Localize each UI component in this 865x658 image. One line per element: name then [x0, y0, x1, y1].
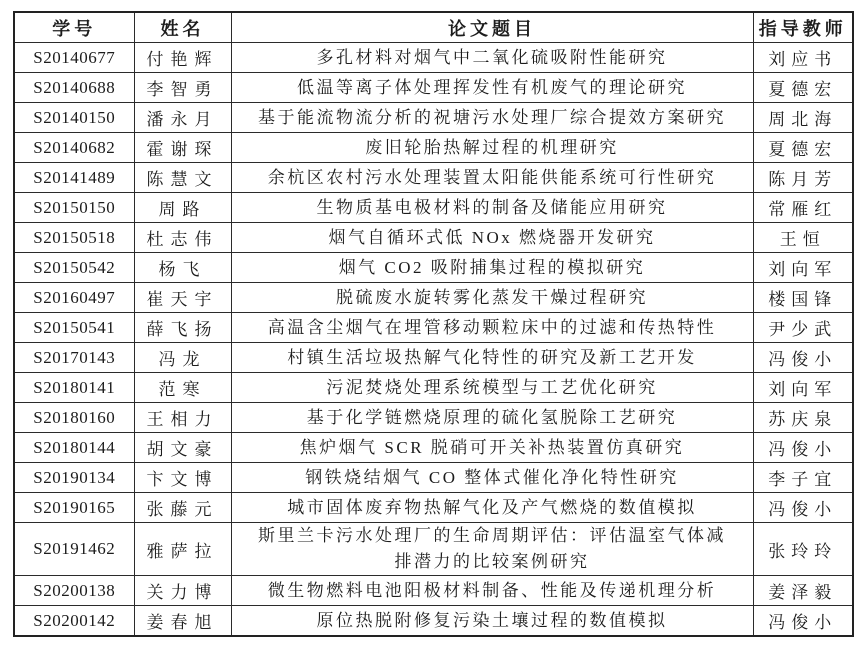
advisor-cell: 常雁红	[753, 193, 853, 223]
title-cell: 基于能流物流分析的祝塘污水处理厂综合提效方案研究	[231, 103, 753, 133]
advisor-cell: 苏庆泉	[753, 403, 853, 433]
table-row: S20150518杜志伟烟气自循环式低 NOx 燃烧器开发研究王恒	[14, 223, 853, 253]
header-row: 学号姓名论文题目指导教师	[14, 12, 853, 43]
name-cell: 范寒	[134, 373, 231, 403]
title-cell: 原位热脱附修复污染土壤过程的数值模拟	[231, 606, 753, 637]
column-header-advisor: 指导教师	[753, 12, 853, 43]
document-page: 学号姓名论文题目指导教师 S20140677付艳辉多孔材料对烟气中二氧化硫吸附性…	[0, 0, 865, 658]
title-cell: 烟气 CO2 吸附捕集过程的模拟研究	[231, 253, 753, 283]
name-cell: 杜志伟	[134, 223, 231, 253]
name-cell: 薛飞扬	[134, 313, 231, 343]
advisor-cell: 夏德宏	[753, 133, 853, 163]
table-row: S20170143冯龙村镇生活垃圾热解气化特性的研究及新工艺开发冯俊小	[14, 343, 853, 373]
student-id-cell: S20140688	[14, 73, 134, 103]
student-id-cell: S20140682	[14, 133, 134, 163]
name-cell: 雅萨拉	[134, 523, 231, 576]
table-row: S20160497崔天宇脱硫废水旋转雾化蒸发干燥过程研究楼国锋	[14, 283, 853, 313]
table-row: S20140682霍谢琛废旧轮胎热解过程的机理研究夏德宏	[14, 133, 853, 163]
table-row: S20180160王相力基于化学链燃烧原理的硫化氢脱除工艺研究苏庆泉	[14, 403, 853, 433]
student-id-cell: S20180160	[14, 403, 134, 433]
title-cell: 焦炉烟气 SCR 脱硝可开关补热装置仿真研究	[231, 433, 753, 463]
advisor-cell: 冯俊小	[753, 493, 853, 523]
table-row: S20190134卞文博钢铁烧结烟气 CO 整体式催化净化特性研究李子宜	[14, 463, 853, 493]
student-id-cell: S20200142	[14, 606, 134, 637]
title-cell: 村镇生活垃圾热解气化特性的研究及新工艺开发	[231, 343, 753, 373]
advisor-cell: 刘应书	[753, 43, 853, 73]
table-row: S20200138关力博微生物燃料电池阳极材料制备、性能及传递机理分析姜泽毅	[14, 576, 853, 606]
title-cell: 钢铁烧结烟气 CO 整体式催化净化特性研究	[231, 463, 753, 493]
advisor-cell: 冯俊小	[753, 343, 853, 373]
table-row: S20140150潘永月基于能流物流分析的祝塘污水处理厂综合提效方案研究周北海	[14, 103, 853, 133]
advisor-cell: 刘向军	[753, 253, 853, 283]
advisor-cell: 周北海	[753, 103, 853, 133]
student-id-cell: S20141489	[14, 163, 134, 193]
name-cell: 冯龙	[134, 343, 231, 373]
student-id-cell: S20140150	[14, 103, 134, 133]
name-cell: 卞文博	[134, 463, 231, 493]
student-id-cell: S20150518	[14, 223, 134, 253]
student-id-cell: S20150150	[14, 193, 134, 223]
title-cell: 烟气自循环式低 NOx 燃烧器开发研究	[231, 223, 753, 253]
table-row: S20150541薛飞扬高温含尘烟气在埋管移动颗粒床中的过滤和传热特性尹少武	[14, 313, 853, 343]
table-row: S20190165张藤元城市固体废弃物热解气化及产气燃烧的数值模拟冯俊小	[14, 493, 853, 523]
student-id-cell: S20191462	[14, 523, 134, 576]
thesis-list-table: 学号姓名论文题目指导教师 S20140677付艳辉多孔材料对烟气中二氧化硫吸附性…	[13, 11, 854, 637]
column-header-title: 论文题目	[231, 12, 753, 43]
title-cell: 多孔材料对烟气中二氧化硫吸附性能研究	[231, 43, 753, 73]
name-cell: 杨飞	[134, 253, 231, 283]
title-cell: 斯里兰卡污水处理厂的生命周期评估：评估温室气体减 排潜力的比较案例研究	[231, 523, 753, 576]
name-cell: 霍谢琛	[134, 133, 231, 163]
advisor-cell: 姜泽毅	[753, 576, 853, 606]
name-cell: 崔天宇	[134, 283, 231, 313]
table-body: S20140677付艳辉多孔材料对烟气中二氧化硫吸附性能研究刘应书S201406…	[14, 43, 853, 637]
table-row: S20140677付艳辉多孔材料对烟气中二氧化硫吸附性能研究刘应书	[14, 43, 853, 73]
name-cell: 潘永月	[134, 103, 231, 133]
name-cell: 姜春旭	[134, 606, 231, 637]
student-id-cell: S20190165	[14, 493, 134, 523]
title-cell: 低温等离子体处理挥发性有机废气的理论研究	[231, 73, 753, 103]
student-id-cell: S20180141	[14, 373, 134, 403]
student-id-cell: S20170143	[14, 343, 134, 373]
advisor-cell: 夏德宏	[753, 73, 853, 103]
advisor-cell: 刘向军	[753, 373, 853, 403]
table-row: S20180141范寒污泥焚烧处理系统模型与工艺优化研究刘向军	[14, 373, 853, 403]
student-id-cell: S20140677	[14, 43, 134, 73]
title-cell: 基于化学链燃烧原理的硫化氢脱除工艺研究	[231, 403, 753, 433]
table-row: S20150542杨飞烟气 CO2 吸附捕集过程的模拟研究刘向军	[14, 253, 853, 283]
table-row: S20150150周路生物质基电极材料的制备及储能应用研究常雁红	[14, 193, 853, 223]
table-row: S20141489陈慧文余杭区农村污水处理装置太阳能供能系统可行性研究陈月芳	[14, 163, 853, 193]
student-id-cell: S20200138	[14, 576, 134, 606]
student-id-cell: S20160497	[14, 283, 134, 313]
advisor-cell: 陈月芳	[753, 163, 853, 193]
advisor-cell: 李子宜	[753, 463, 853, 493]
name-cell: 周路	[134, 193, 231, 223]
title-cell: 废旧轮胎热解过程的机理研究	[231, 133, 753, 163]
title-cell: 污泥焚烧处理系统模型与工艺优化研究	[231, 373, 753, 403]
name-cell: 关力博	[134, 576, 231, 606]
table-row: S20191462雅萨拉斯里兰卡污水处理厂的生命周期评估：评估温室气体减 排潜力…	[14, 523, 853, 576]
table-row: S20200142姜春旭原位热脱附修复污染土壤过程的数值模拟冯俊小	[14, 606, 853, 637]
name-cell: 付艳辉	[134, 43, 231, 73]
student-id-cell: S20190134	[14, 463, 134, 493]
advisor-cell: 冯俊小	[753, 433, 853, 463]
name-cell: 王相力	[134, 403, 231, 433]
title-cell: 城市固体废弃物热解气化及产气燃烧的数值模拟	[231, 493, 753, 523]
advisor-cell: 王恒	[753, 223, 853, 253]
student-id-cell: S20150541	[14, 313, 134, 343]
advisor-cell: 楼国锋	[753, 283, 853, 313]
name-cell: 胡文豪	[134, 433, 231, 463]
column-header-student-id: 学号	[14, 12, 134, 43]
title-cell: 微生物燃料电池阳极材料制备、性能及传递机理分析	[231, 576, 753, 606]
column-header-name: 姓名	[134, 12, 231, 43]
advisor-cell: 冯俊小	[753, 606, 853, 637]
table-row: S20140688李智勇低温等离子体处理挥发性有机废气的理论研究夏德宏	[14, 73, 853, 103]
advisor-cell: 张玲玲	[753, 523, 853, 576]
student-id-cell: S20150542	[14, 253, 134, 283]
name-cell: 陈慧文	[134, 163, 231, 193]
title-cell: 高温含尘烟气在埋管移动颗粒床中的过滤和传热特性	[231, 313, 753, 343]
title-cell: 余杭区农村污水处理装置太阳能供能系统可行性研究	[231, 163, 753, 193]
table-row: S20180144胡文豪焦炉烟气 SCR 脱硝可开关补热装置仿真研究冯俊小	[14, 433, 853, 463]
advisor-cell: 尹少武	[753, 313, 853, 343]
title-cell: 脱硫废水旋转雾化蒸发干燥过程研究	[231, 283, 753, 313]
name-cell: 张藤元	[134, 493, 231, 523]
student-id-cell: S20180144	[14, 433, 134, 463]
name-cell: 李智勇	[134, 73, 231, 103]
title-cell: 生物质基电极材料的制备及储能应用研究	[231, 193, 753, 223]
